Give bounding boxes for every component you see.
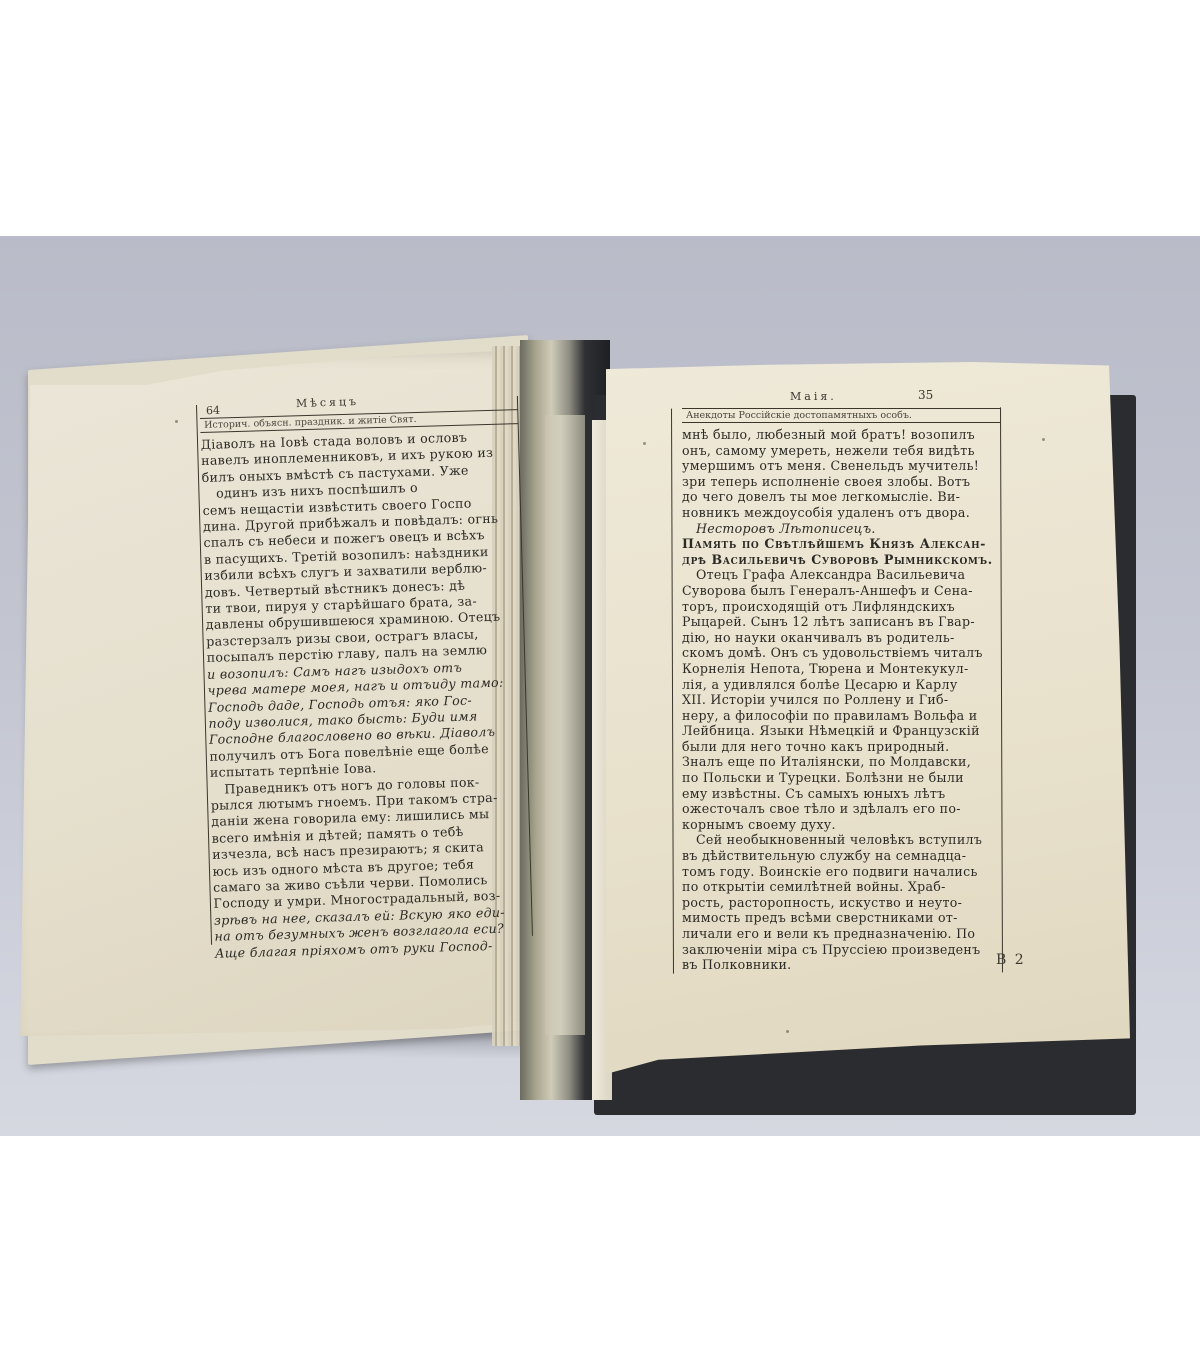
paper-speck	[175, 420, 178, 423]
paper-speck	[786, 1030, 789, 1033]
right-running-head: Маiя.	[790, 390, 837, 403]
paper-speck	[643, 442, 646, 445]
right-page-number: 35	[918, 388, 933, 402]
paper-speck	[1042, 438, 1045, 441]
signature-mark: В 2	[996, 952, 1026, 968]
right-text-frame	[671, 407, 1003, 973]
left-text-frame	[196, 396, 533, 945]
spine-lining	[545, 415, 585, 1035]
